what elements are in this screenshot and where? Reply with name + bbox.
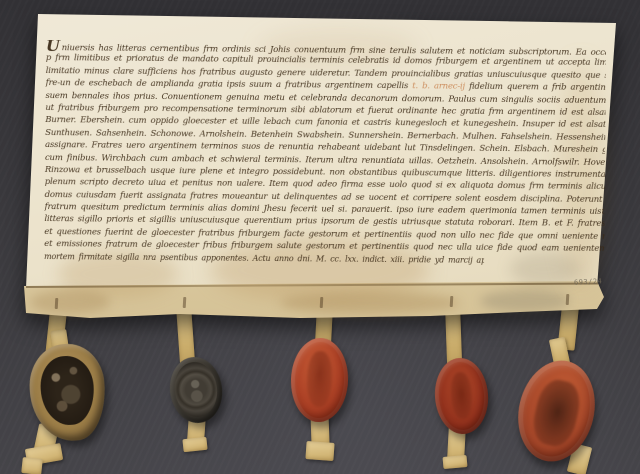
seal-tag-lower-1-tip xyxy=(21,457,43,474)
wax-seal-5-motif xyxy=(528,376,584,449)
wax-seal-2-face xyxy=(171,360,221,420)
plica-slit-2 xyxy=(183,297,187,308)
plica-slit-1 xyxy=(55,298,59,309)
plica-slit-3 xyxy=(320,297,324,308)
plica-slit-4 xyxy=(450,296,454,307)
wax-seal-4-motif xyxy=(449,371,473,419)
wax-seal-3-motif xyxy=(306,351,333,407)
shelfmark-label: 693/24 xyxy=(574,277,603,286)
seal-tag-lower-3-fold xyxy=(305,441,334,461)
charter-photo: Uniuersis has litteras cernentibus frm o… xyxy=(0,0,640,474)
plica-slit-5 xyxy=(566,294,570,305)
initial-letter: U xyxy=(46,41,60,51)
text-segment: mortem firmitate sigilla nra psentibus a… xyxy=(44,252,484,265)
manuscript-text: Uniuersis has litteras cernentibus frm o… xyxy=(44,40,606,268)
seal-tag-lower-4-fold xyxy=(443,455,468,469)
rubric-text: t. b. arnec-ij xyxy=(412,81,465,91)
seal-tag-lower-2-fold xyxy=(182,437,207,452)
wax-seal-1-face xyxy=(39,354,96,427)
